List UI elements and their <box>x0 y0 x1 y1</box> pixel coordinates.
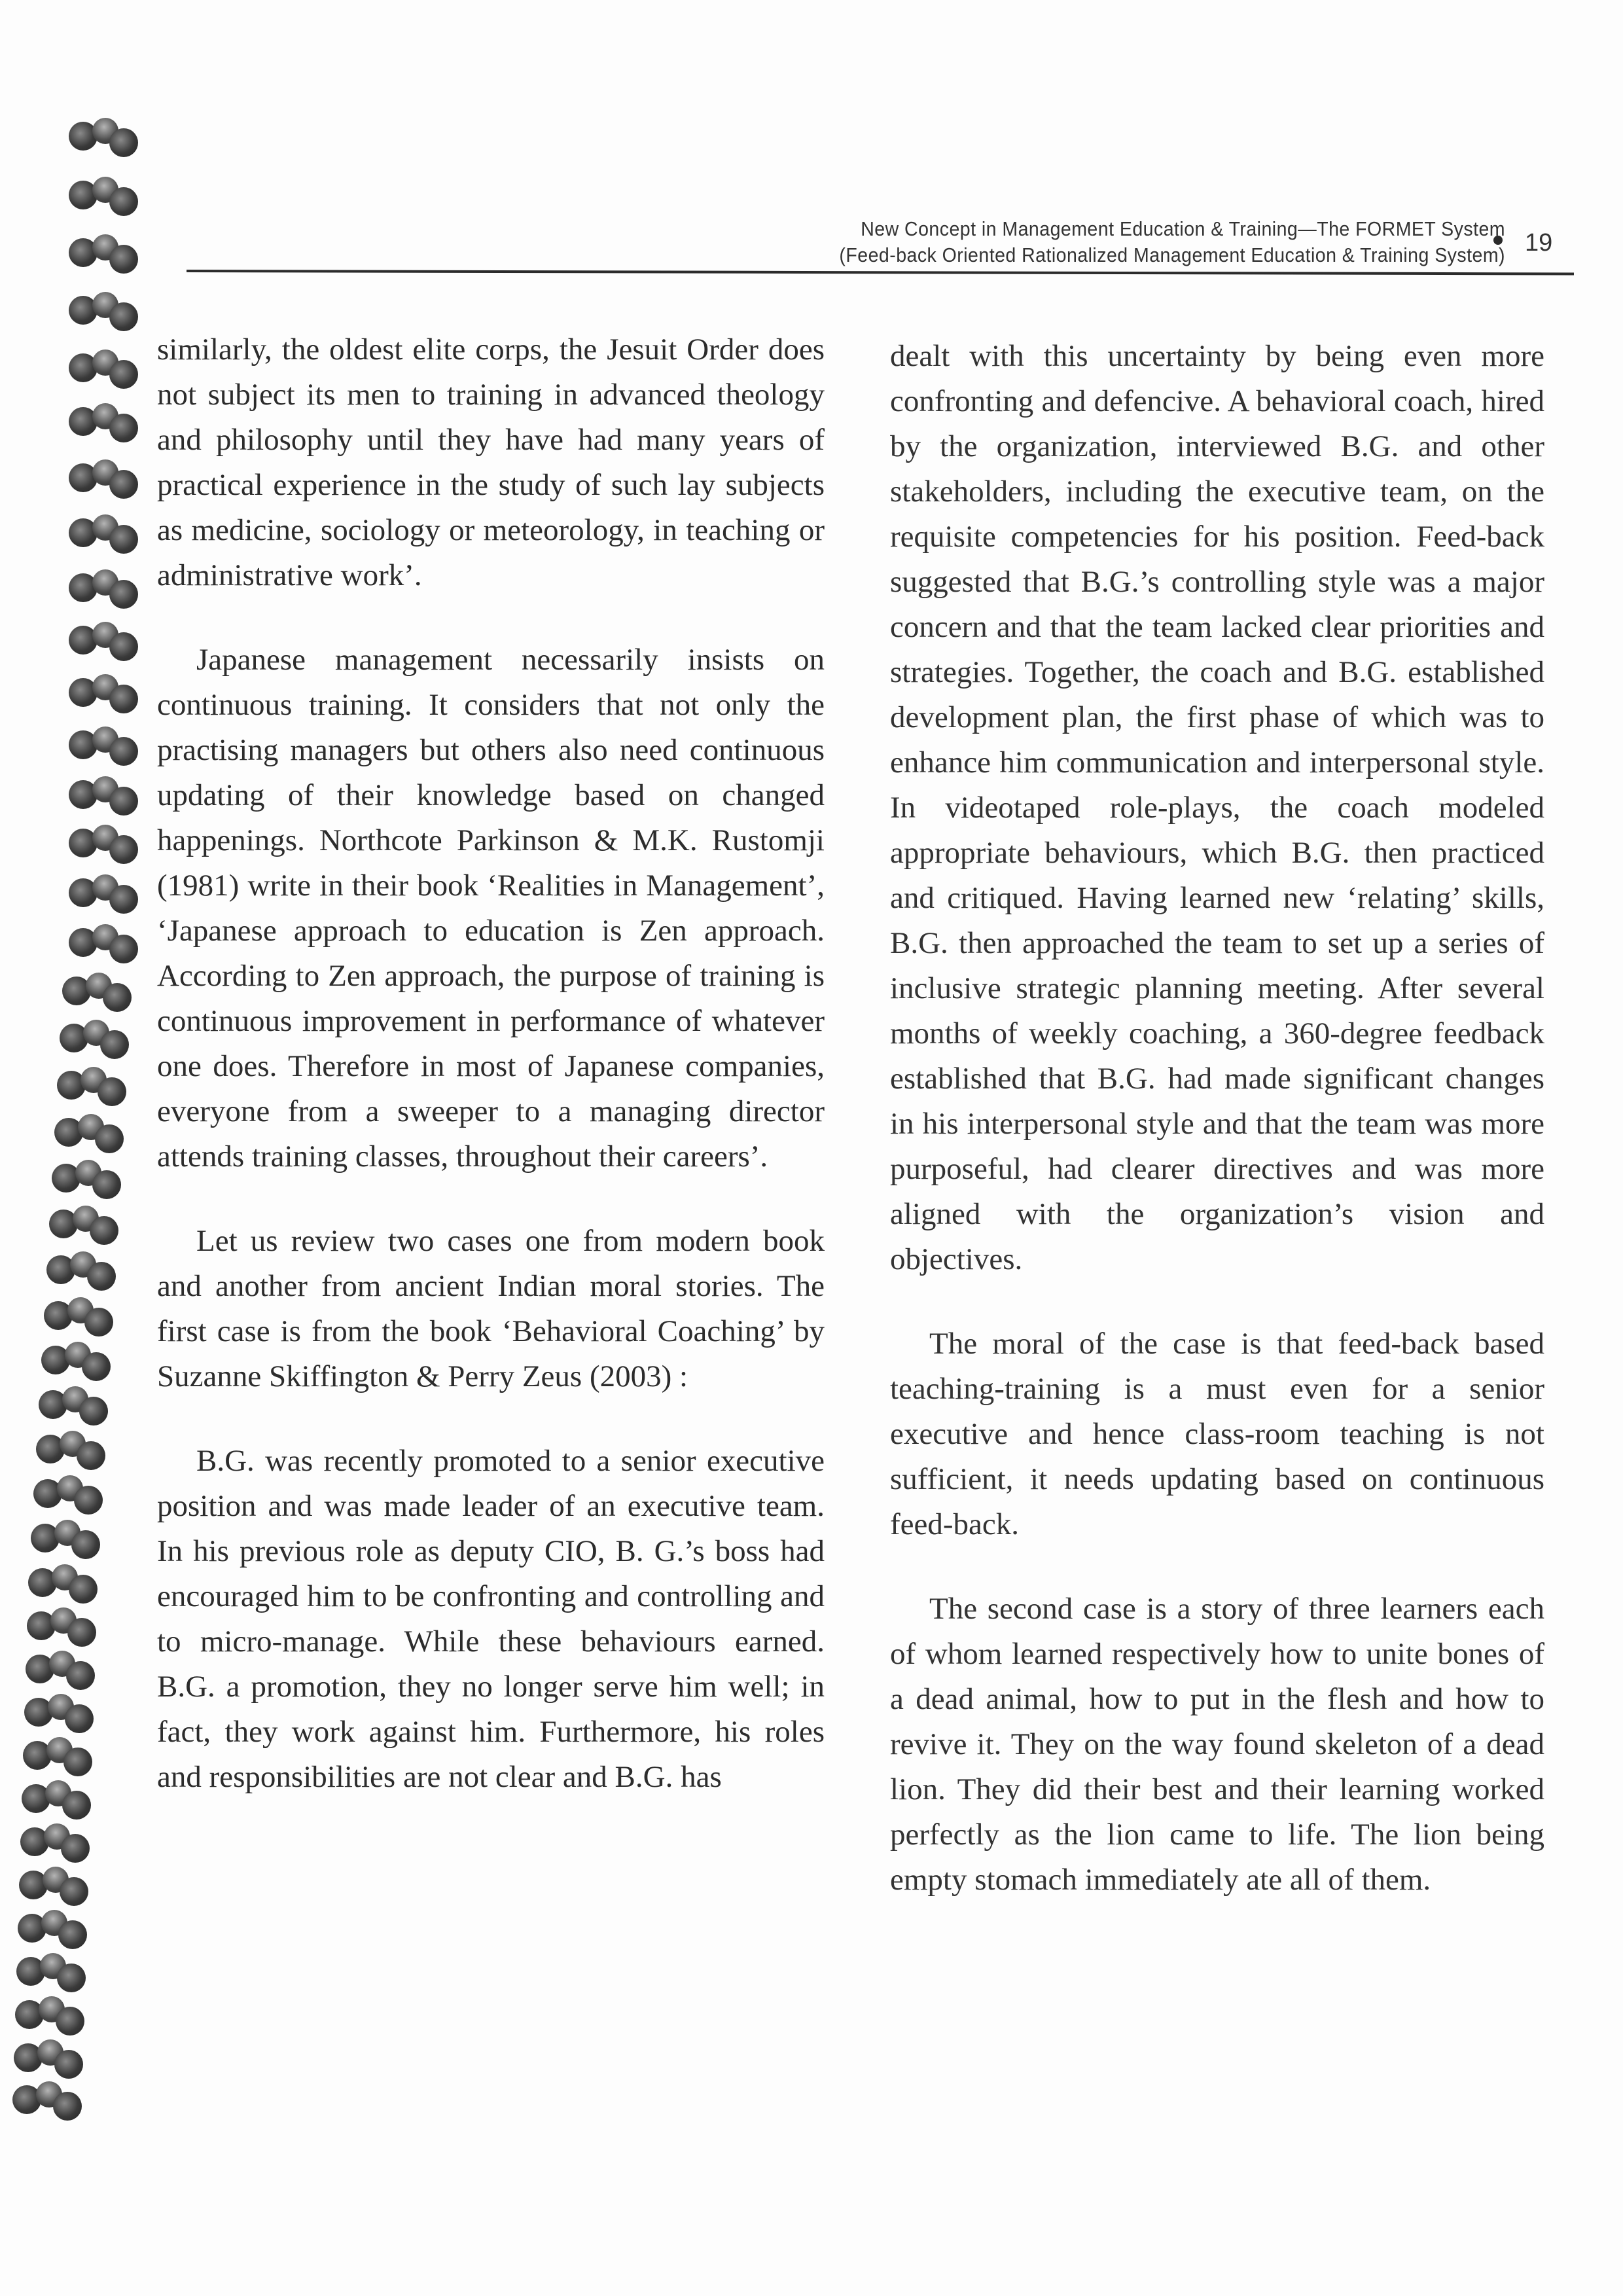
binding-ring-icon <box>43 1206 141 1251</box>
binding-ring-icon <box>15 1780 113 1826</box>
paragraph: The moral of the case is that feed-back … <box>890 1321 1544 1547</box>
binding-ring-icon <box>20 1607 118 1653</box>
binding-ring-icon <box>62 459 160 505</box>
binding-ring-icon <box>62 874 160 920</box>
header-title: New Concept in Management Education & Tr… <box>794 216 1505 242</box>
binding-ring-icon <box>62 726 160 772</box>
binding-ring-icon <box>62 292 160 338</box>
binding-ring-icon <box>27 1475 125 1521</box>
binding-ring-icon <box>62 674 160 720</box>
paragraph: B.G. was recently promoted to a senior e… <box>157 1439 825 1800</box>
binding-ring-icon <box>62 403 160 449</box>
header-divider <box>187 270 1574 275</box>
paragraph: similarly, the oldest elite corps, the J… <box>157 327 825 598</box>
binding-ring-icon <box>7 2039 105 2085</box>
binding-ring-icon <box>14 1823 112 1869</box>
right-column: dealt with this uncertainty by being eve… <box>890 334 1544 1903</box>
binding-ring-icon <box>62 825 160 870</box>
bullet-icon <box>1493 236 1503 245</box>
left-column: similarly, the oldest elite corps, the J… <box>157 327 825 1800</box>
binding-ring-icon <box>62 234 160 280</box>
binding-ring-icon <box>29 1431 128 1477</box>
binding-ring-icon <box>19 1651 117 1696</box>
binding-ring-icon <box>18 1694 116 1740</box>
binding-ring-icon <box>62 924 160 970</box>
binding-ring-icon <box>50 1067 149 1113</box>
binding-ring-icon <box>37 1297 135 1343</box>
binding-ring-icon <box>56 973 154 1018</box>
paragraph: Japanese management necessarily insists … <box>157 637 825 1179</box>
paragraph: The second case is a story of three lear… <box>890 1587 1544 1903</box>
binding-ring-icon <box>32 1386 130 1432</box>
binding-ring-icon <box>9 1996 107 2042</box>
binding-ring-icon <box>35 1342 133 1388</box>
binding-ring-icon <box>22 1564 120 1610</box>
binding-ring-icon <box>45 1160 143 1206</box>
binding-ring-icon <box>10 1953 108 1999</box>
binding-ring-icon <box>62 622 160 668</box>
binding-ring-icon <box>62 350 160 395</box>
binding-ring-icon <box>24 1520 122 1566</box>
binding-ring-icon <box>62 177 160 223</box>
header-subtitle: (Feed-back Oriented Rationalized Managem… <box>794 242 1505 268</box>
binding-ring-icon <box>62 569 160 615</box>
running-header: New Concept in Management Education & Tr… <box>794 216 1505 268</box>
binding-ring-icon <box>62 514 160 560</box>
binding-ring-icon <box>40 1251 138 1297</box>
page-number: 19 <box>1525 229 1552 257</box>
binding-ring-icon <box>11 1910 109 1956</box>
binding-ring-icon <box>62 118 160 164</box>
scanned-page: New Concept in Management Education & Tr… <box>0 0 1623 2296</box>
binding-ring-icon <box>48 1114 146 1160</box>
paragraph: Let us review two cases one from modern … <box>157 1219 825 1399</box>
binding-ring-icon <box>12 1867 111 1912</box>
binding-ring-icon <box>53 1020 151 1066</box>
binding-ring-icon <box>6 2081 104 2127</box>
paragraph: dealt with this uncertainty by being eve… <box>890 334 1544 1282</box>
binding-ring-icon <box>16 1737 115 1783</box>
binding-ring-icon <box>62 776 160 822</box>
